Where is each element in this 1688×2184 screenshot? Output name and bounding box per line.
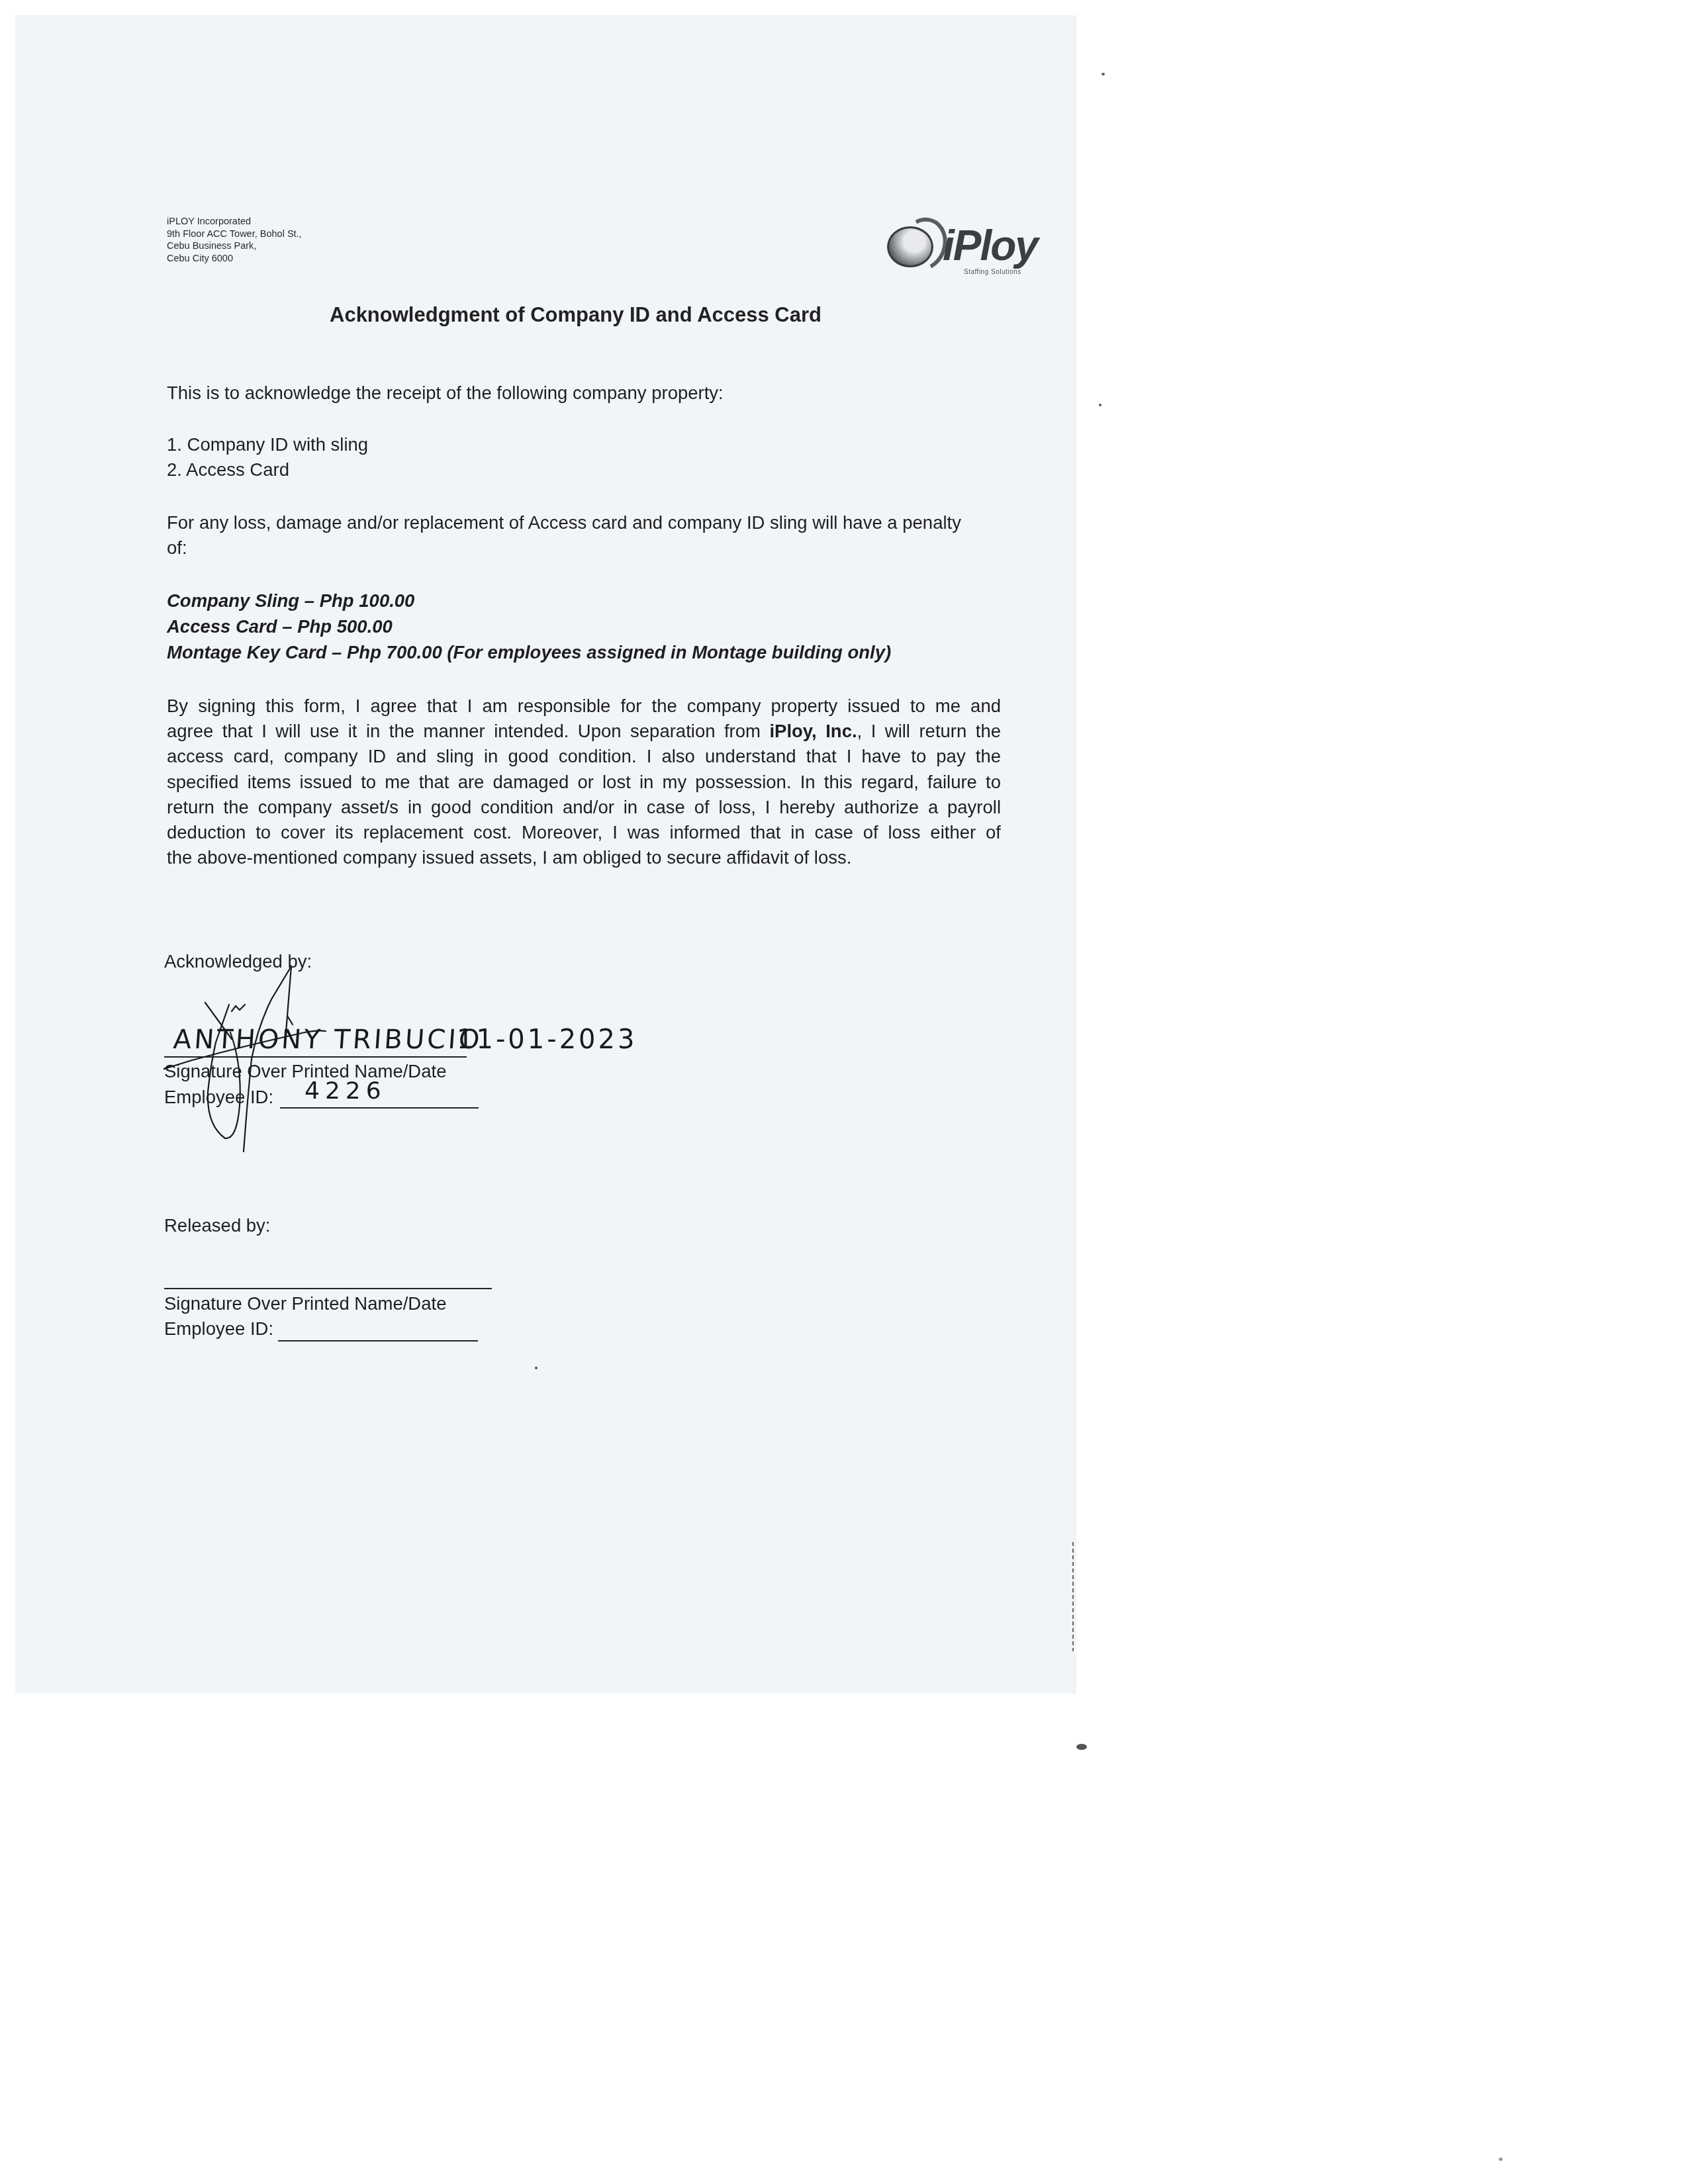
agreement-line: deduction to cover its replacement cost.…: [167, 820, 1001, 845]
released-by-label: Released by:: [164, 1215, 271, 1236]
scan-speck: [1099, 404, 1102, 406]
scan-speck: [1076, 1744, 1087, 1750]
document-title: Acknowledgment of Company ID and Access …: [330, 303, 821, 327]
agreement-line: return the company asset/s in good condi…: [167, 795, 1001, 820]
agreement-line: specified items issued to me that are da…: [167, 770, 1001, 795]
employee-id-line[interactable]: [278, 1340, 478, 1342]
penalty-line: Company Sling – Php 100.00: [167, 590, 414, 612]
logo-tagline: Staffing Solutions: [964, 269, 1021, 276]
property-item: 2. Access Card: [167, 459, 289, 480]
penalty-intro: of:: [167, 537, 187, 559]
signature-line[interactable]: [164, 1288, 492, 1289]
company-logo: iPloy Staffing Solutions: [884, 217, 1056, 283]
agreement-text: , I will return the: [857, 721, 1001, 741]
penalty-line: Montage Key Card – Php 700.00 (For emplo…: [167, 642, 891, 663]
agreement-line: agree that I will use it in the manner i…: [167, 719, 1001, 744]
agreement-paragraph: By signing this form, I agree that I am …: [167, 694, 1001, 870]
agreement-line: access card, company ID and sling in goo…: [167, 744, 1001, 769]
address-line: Cebu Business Park,: [167, 240, 302, 253]
scan-speck: [1102, 73, 1105, 75]
agreement-line: By signing this form, I agree that I am …: [167, 694, 1001, 719]
address-line: 9th Floor ACC Tower, Bohol St.,: [167, 228, 302, 241]
address-line: Cebu City 6000: [167, 253, 302, 265]
company-address: iPLOY Incorporated 9th Floor ACC Tower, …: [167, 216, 302, 265]
signature-scribble: [152, 953, 430, 1165]
company-name-bold: iPloy, Inc.: [769, 721, 857, 741]
penalty-intro: For any loss, damage and/or replacement …: [167, 512, 961, 533]
penalty-line: Access Card – Php 500.00: [167, 616, 393, 637]
signature-caption: Signature Over Printed Name/Date: [164, 1293, 446, 1314]
intro-text: This is to acknowledge the receipt of th…: [167, 383, 724, 404]
agreement-line: the above-mentioned company issued asset…: [167, 845, 1001, 870]
handwritten-date: 11-01-2023: [457, 1024, 637, 1055]
employee-id-label: Employee ID:: [164, 1318, 273, 1340]
paper-edge-mark: [1072, 1542, 1074, 1651]
logo-wordmark: iPloy: [943, 222, 1037, 269]
scan-speck: [535, 1367, 538, 1369]
scan-speck: [1499, 2158, 1503, 2161]
agreement-text: agree that I will use it in the manner i…: [167, 721, 769, 741]
property-item: 1. Company ID with sling: [167, 434, 368, 455]
address-line: iPLOY Incorporated: [167, 216, 302, 228]
